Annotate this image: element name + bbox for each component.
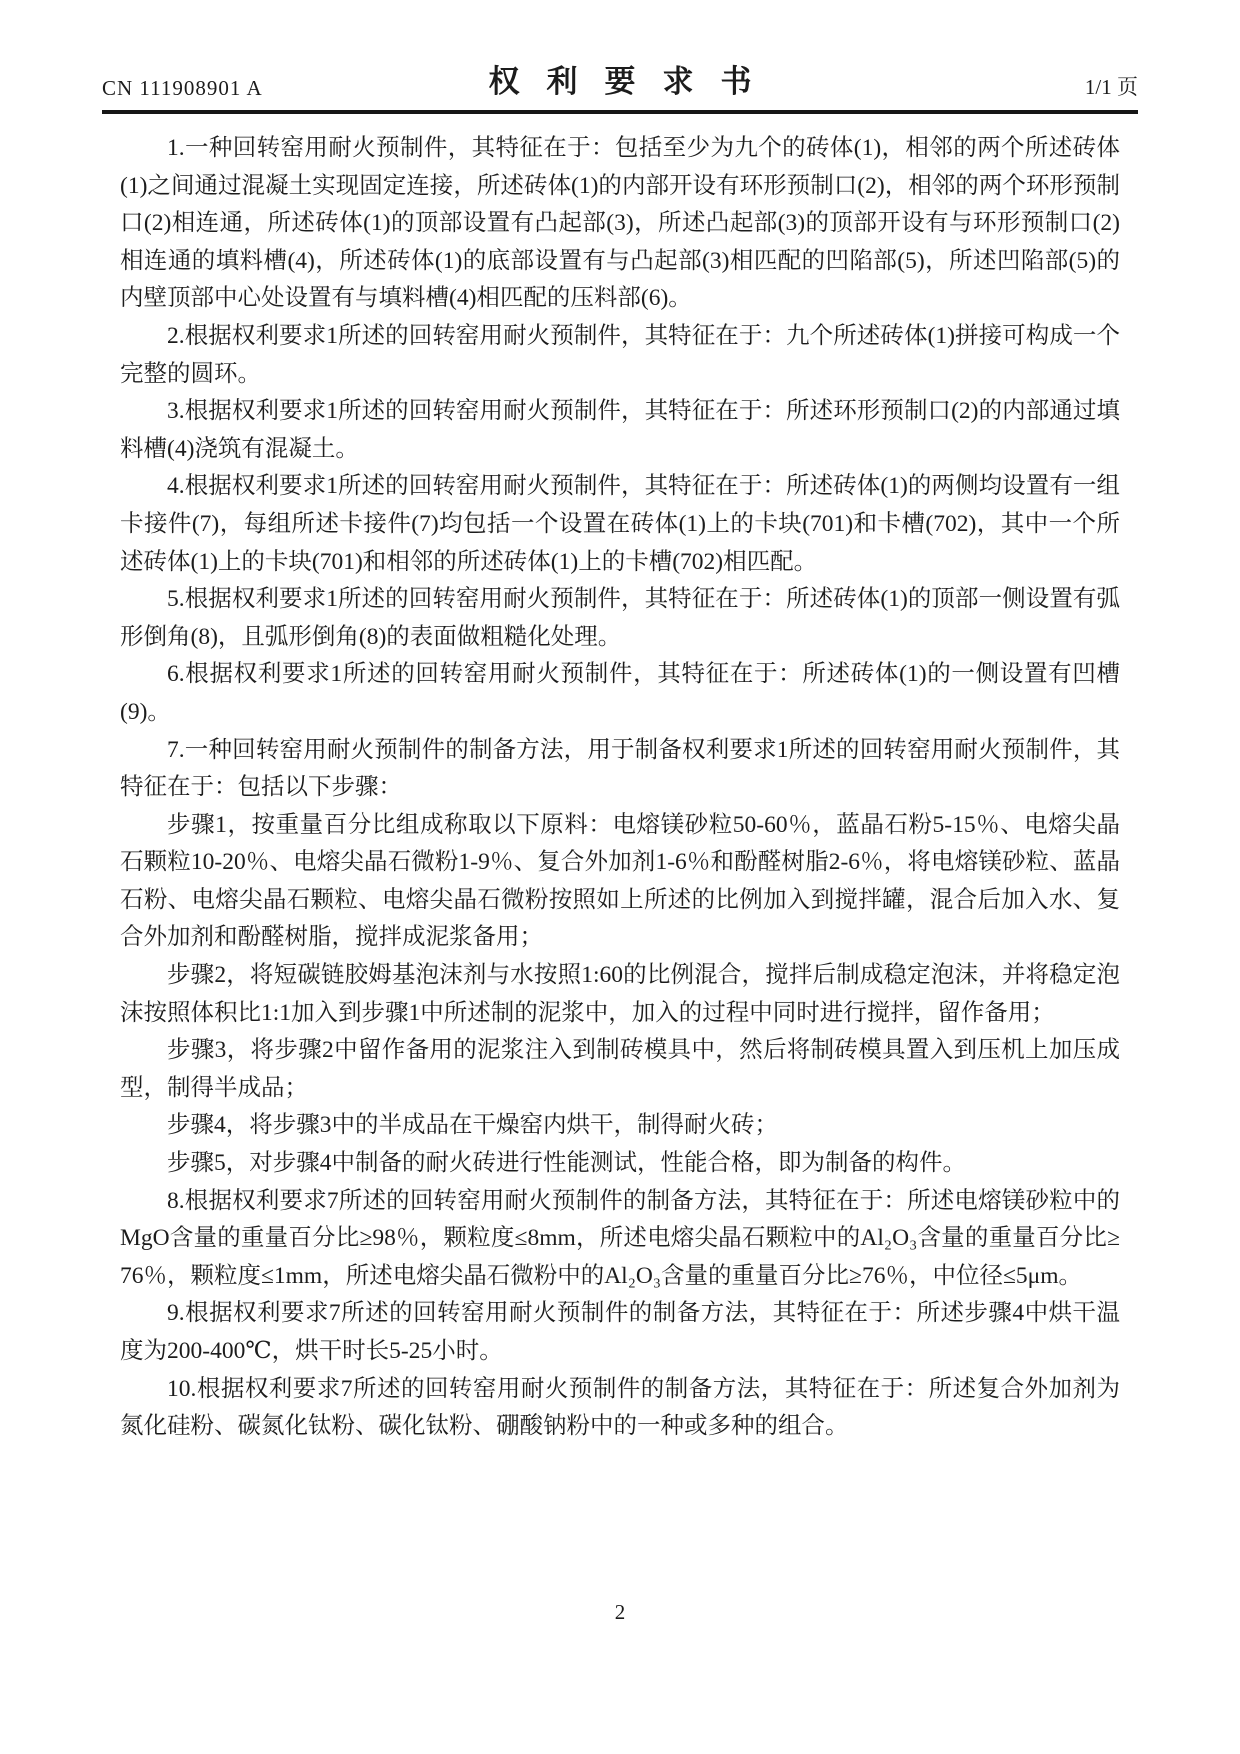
claim-paragraph-8: 8.根据权利要求7所述的回转窑用耐火预制件的制备方法，其特征在于：所述电熔镁砂粒…: [120, 1183, 1120, 1296]
claim-paragraph-5: 5.根据权利要求1所述的回转窑用耐火预制件，其特征在于：所述砖体(1)的顶部一侧…: [120, 581, 1120, 656]
claim-step-3: 步骤3，将步骤2中留作备用的泥浆注入到制砖模具中，然后将制砖模具置入到压机上加压…: [120, 1032, 1120, 1107]
claim-step-1: 步骤1，按重量百分比组成称取以下原料：电熔镁砂粒50-60％，蓝晶石粉5-15％…: [120, 807, 1120, 957]
page-header: CN 111908901 A 权利要求书 1/1 页: [102, 56, 1138, 114]
document-number: CN 111908901 A: [102, 76, 489, 101]
claim-paragraph-6: 6.根据权利要求1所述的回转窑用耐火预制件，其特征在于：所述砖体(1)的一侧设置…: [120, 656, 1120, 731]
claim-step-4: 步骤4，将步骤3中的半成品在干燥窑内烘干，制得耐火砖；: [120, 1107, 1120, 1145]
claim-paragraph-9: 9.根据权利要求7所述的回转窑用耐火预制件的制备方法，其特征在于：所述步骤4中烘…: [120, 1295, 1120, 1370]
claim-paragraph-10: 10.根据权利要求7所述的回转窑用耐火预制件的制备方法，其特征在于：所述复合外加…: [120, 1371, 1120, 1446]
claim-paragraph-2: 2.根据权利要求1所述的回转窑用耐火预制件，其特征在于：九个所述砖体(1)拼接可…: [120, 318, 1120, 393]
claims-body: 1.一种回转窑用耐火预制件，其特征在于：包括至少为九个的砖体(1)，相邻的两个所…: [120, 130, 1120, 1446]
patent-claims-page: CN 111908901 A 权利要求书 1/1 页 1.一种回转窑用耐火预制件…: [0, 0, 1240, 1754]
claim-paragraph-4: 4.根据权利要求1所述的回转窑用耐火预制件，其特征在于：所述砖体(1)的两侧均设…: [120, 468, 1120, 581]
claim-paragraph-7: 7.一种回转窑用耐火预制件的制备方法，用于制备权利要求1所述的回转窑用耐火预制件…: [120, 732, 1120, 807]
page-title: 权利要求书: [489, 56, 779, 101]
claim-step-2: 步骤2，将短碳链胶姆基泡沫剂与水按照1:60的比例混合，搅拌后制成稳定泡沫，并将…: [120, 957, 1120, 1032]
claim-paragraph-1: 1.一种回转窑用耐火预制件，其特征在于：包括至少为九个的砖体(1)，相邻的两个所…: [120, 130, 1120, 318]
page-indicator: 1/1 页: [752, 71, 1139, 101]
page-footer: 2: [0, 1600, 1240, 1625]
footer-page-number: 2: [615, 1600, 626, 1624]
claim-step-5: 步骤5，对步骤4中制备的耐火砖进行性能测试，性能合格，即为制备的构件。: [120, 1145, 1120, 1183]
claim-paragraph-3: 3.根据权利要求1所述的回转窑用耐火预制件，其特征在于：所述环形预制口(2)的内…: [120, 393, 1120, 468]
